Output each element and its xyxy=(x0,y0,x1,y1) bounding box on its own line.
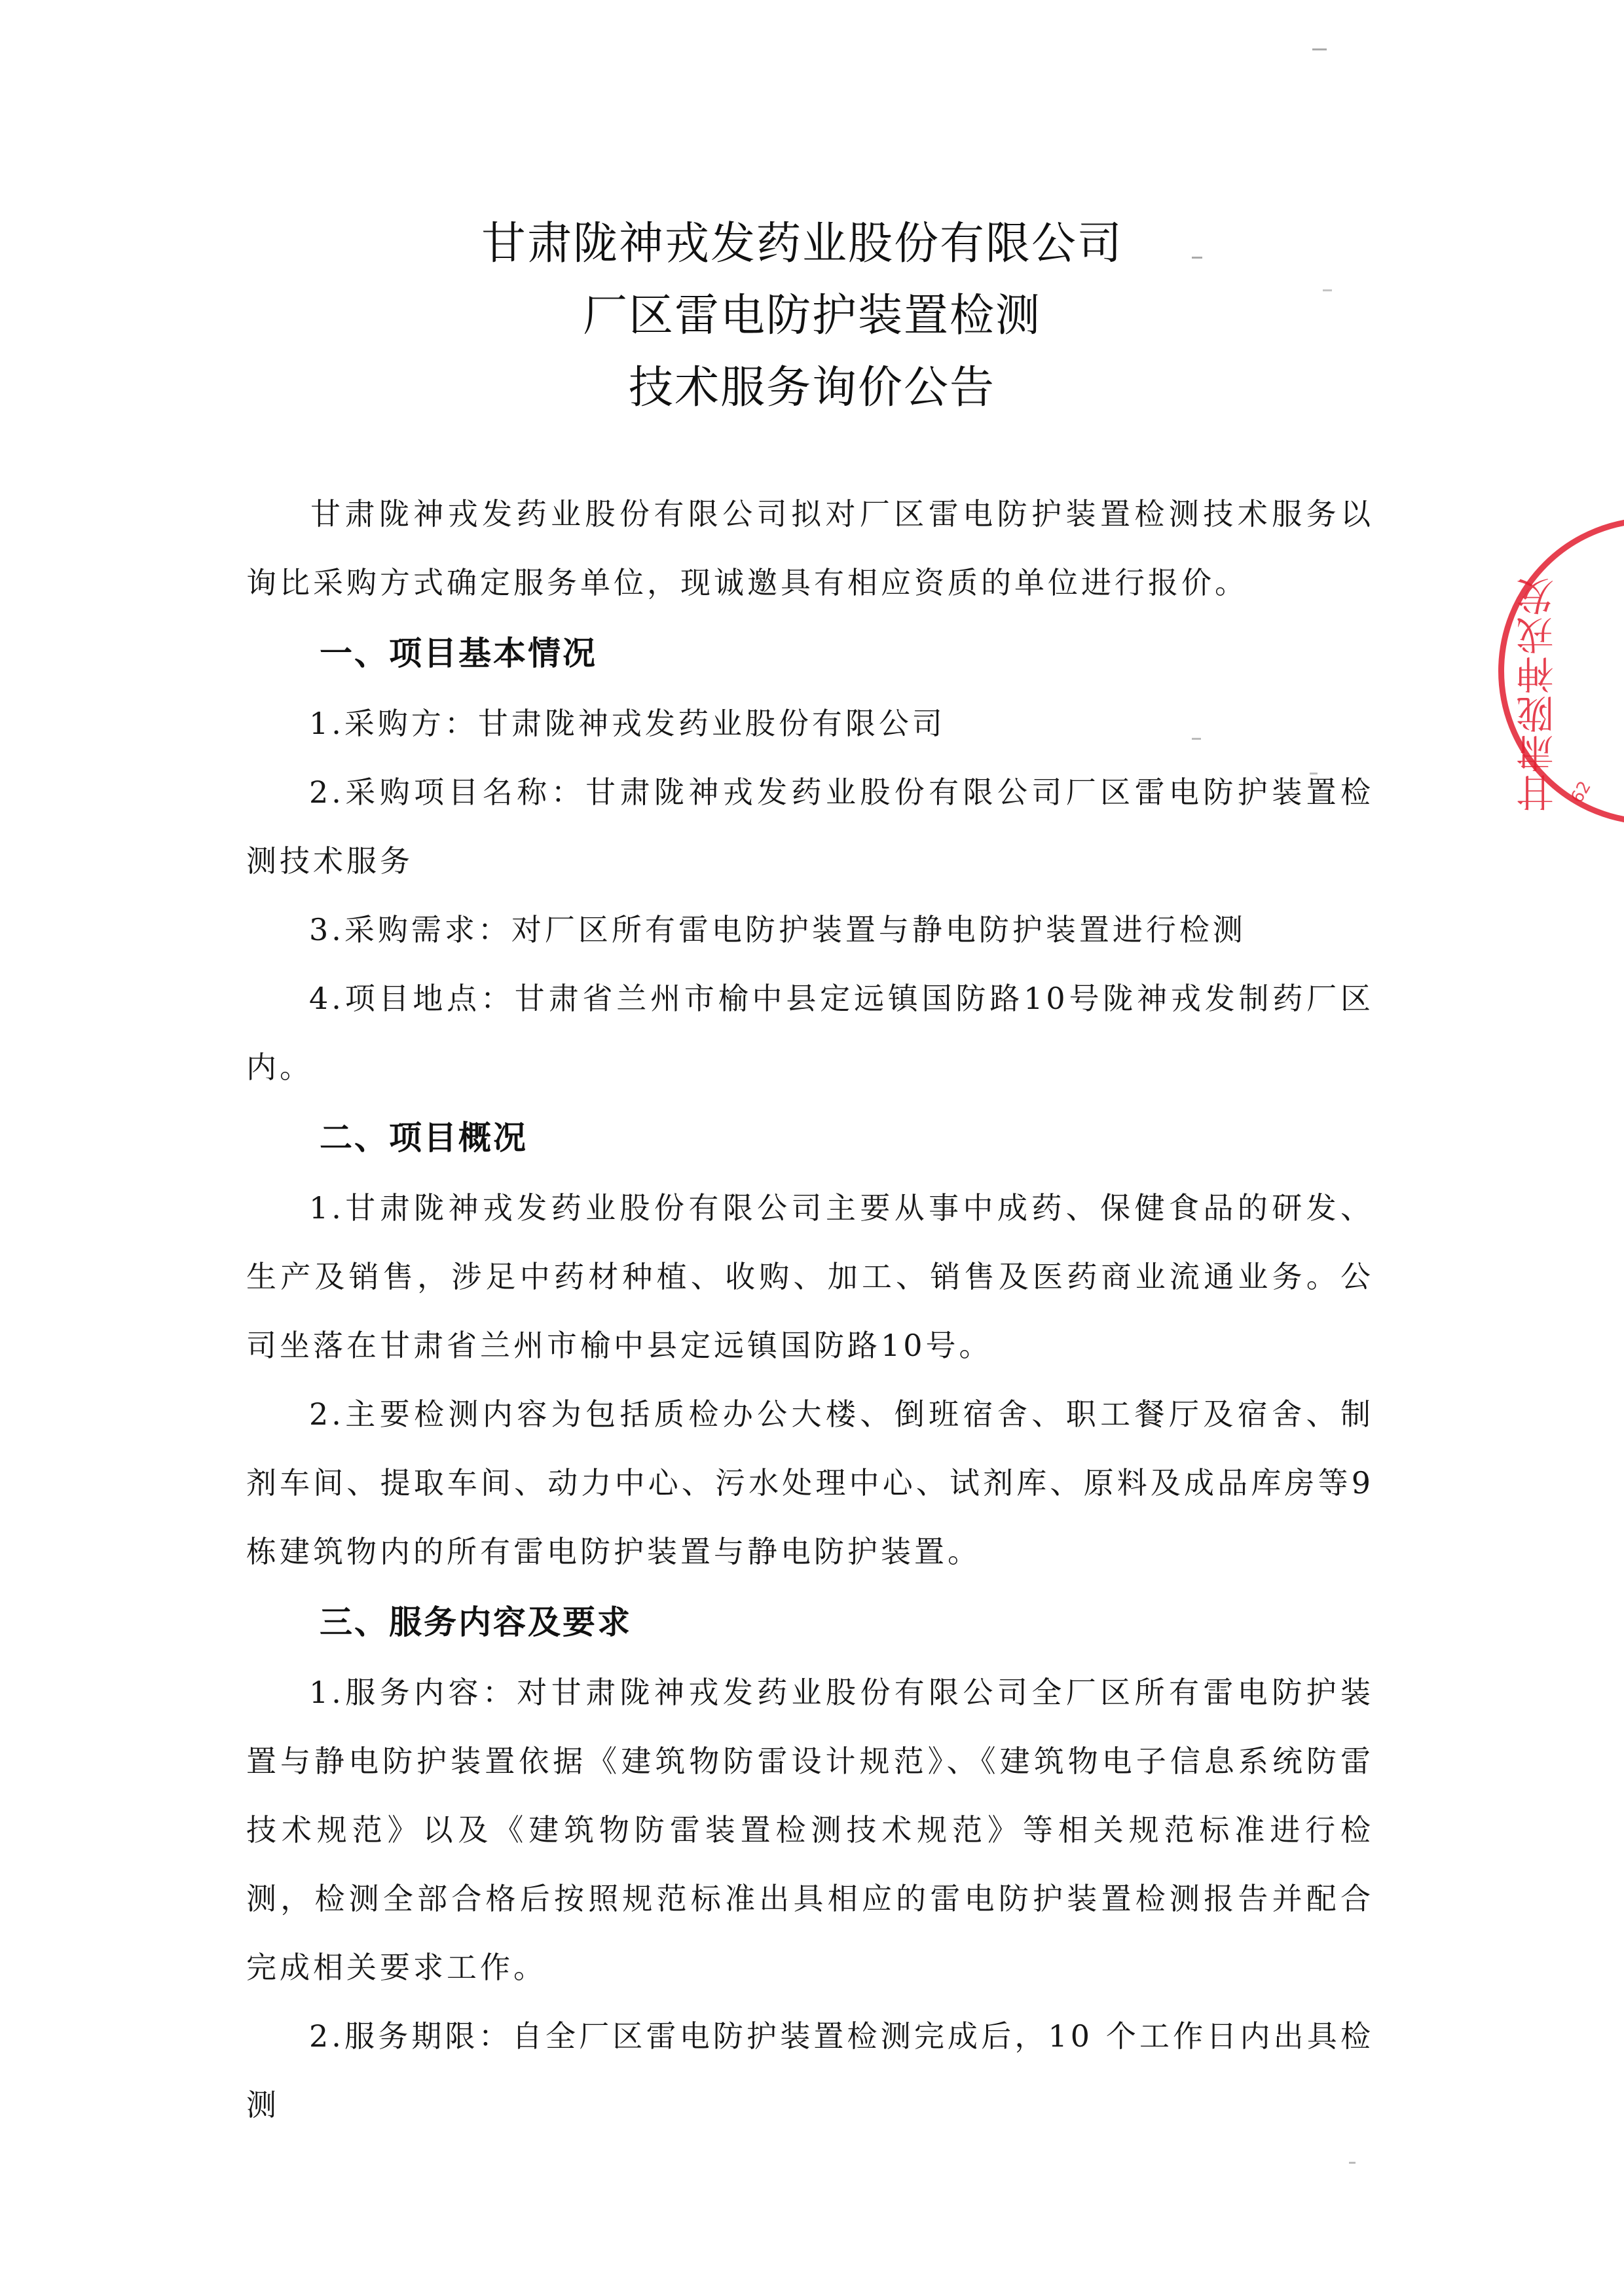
service-content: 1.服务内容：对甘肃陇神戎发药业股份有限公司全厂区所有雷电防护装置与静电防护装置… xyxy=(246,1658,1374,2002)
section-heading-text: 二、项目概况 xyxy=(320,1102,528,1174)
section-heading-text: 一、项目基本情况 xyxy=(320,617,597,689)
scan-noise-mark xyxy=(1323,289,1332,291)
title-line-company: 甘肃陇神戎发药业股份有限公司 xyxy=(0,208,1624,280)
section-heading-text: 三、服务内容及要求 xyxy=(320,1586,632,1658)
document-body: 甘肃陇神戎发药业股份有限公司拟对厂区雷电防护装置检测技术服务以询比采购方式确定服… xyxy=(246,480,1374,2140)
section-heading-service: 三、服务内容及要求 xyxy=(246,1586,1374,1658)
section-heading-basic-info: 一、项目基本情况 xyxy=(246,617,1374,689)
service-period: 2.服务期限：自全厂区雷电防护装置检测完成后，10 个工作日内出具检测 xyxy=(246,2002,1374,2140)
company-seal-text: 甘肃陇神戎发 xyxy=(1518,576,1570,812)
scan-noise-mark xyxy=(1349,2162,1356,2164)
document-title: 甘肃陇神戎发药业股份有限公司 厂区雷电防护装置检测 技术服务询价公告 xyxy=(0,208,1624,424)
document-page: 甘肃陇神戎发药业股份有限公司 厂区雷电防护装置检测 技术服务询价公告 甘肃陇神戎… xyxy=(0,0,1624,2296)
overview-company: 1.甘肃陇神戎发药业股份有限公司主要从事中成药、保健食品的研发、生产及销售，涉足… xyxy=(246,1174,1374,1380)
scan-noise-mark xyxy=(1310,773,1318,774)
intro-paragraph: 甘肃陇神戎发药业股份有限公司拟对厂区雷电防护装置检测技术服务以询比采购方式确定服… xyxy=(246,480,1374,617)
scan-noise-mark xyxy=(1312,48,1327,50)
basic-info-buyer: 1.采购方：甘肃陇神戎发药业股份有限公司 xyxy=(246,689,1374,758)
scan-noise-mark xyxy=(1192,257,1202,259)
basic-info-requirement: 3.采购需求：对厂区所有雷电防护装置与静电防护装置进行检测 xyxy=(246,896,1374,964)
title-line-notice: 技术服务询价公告 xyxy=(0,352,1624,424)
basic-info-location: 4.项目地点：甘肃省兰州市榆中县定远镇国防路10号陇神戎发制药厂区内。 xyxy=(246,964,1374,1102)
scan-noise-mark xyxy=(1192,738,1201,740)
basic-info-project-name: 2.采购项目名称：甘肃陇神戎发药业股份有限公司厂区雷电防护装置检测技术服务 xyxy=(246,758,1374,896)
overview-scope: 2.主要检测内容为包括质检办公大楼、倒班宿舍、职工餐厅及宿舍、制剂车间、提取车间… xyxy=(246,1380,1374,1586)
section-heading-overview: 二、项目概况 xyxy=(246,1102,1374,1174)
title-line-subject: 厂区雷电防护装置检测 xyxy=(0,280,1624,352)
